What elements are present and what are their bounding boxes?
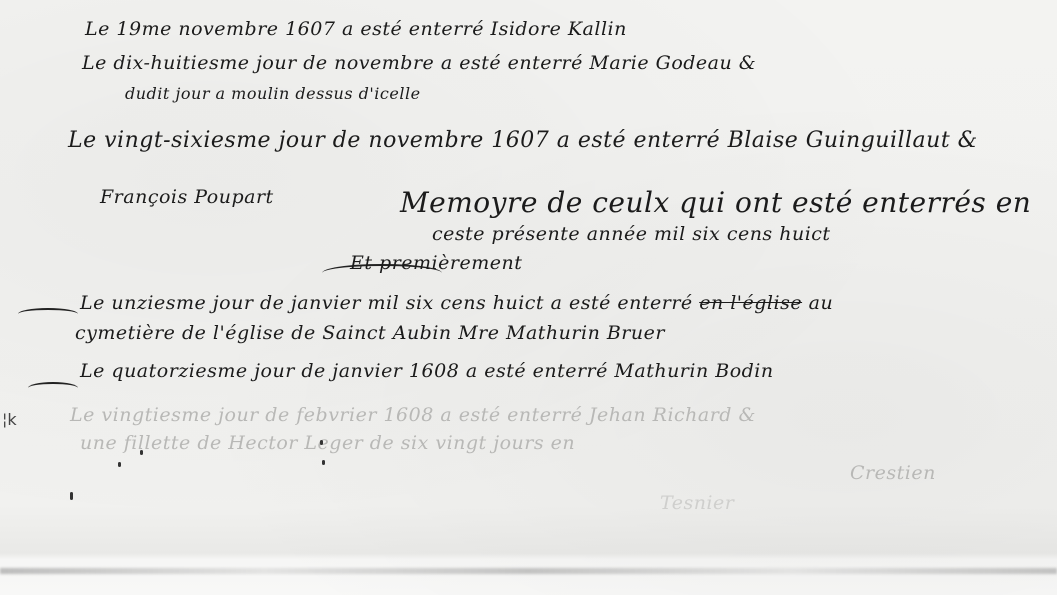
ink-speck: [322, 460, 325, 465]
memoir-heading-line2: ceste présente année mil six cens huict: [432, 223, 831, 245]
faded-signature-2: Tesnier: [660, 492, 734, 514]
entry-1607-nov18-cont: dudit jour a moulin dessus d'icelle: [125, 84, 421, 103]
page-bottom-edge: [0, 568, 1057, 574]
ink-speck: [320, 440, 323, 445]
entry-1608-jan11: Le unziesme jour de janvier mil six cens…: [80, 292, 833, 314]
ink-speck: [118, 462, 121, 467]
entry-1607-nov19: Le 19me novembre 1607 a esté enterré Isi…: [85, 18, 627, 40]
margin-mark: ¦k: [2, 410, 17, 429]
faded-signature-1: Crestien: [850, 462, 936, 484]
faded-entry-2: une fillette de Hector Leger de six ving…: [80, 432, 575, 454]
struck-text: en l'église: [699, 292, 802, 314]
faded-entry-1: Le vingtiesme jour de febvrier 1608 a es…: [70, 404, 756, 426]
entry-tail: au: [809, 292, 834, 314]
entry-1608-jan11-cont: cymetière de l'église de Sainct Aubin Mr…: [75, 322, 665, 344]
entry-flourish-2: [28, 382, 78, 394]
entry-1607-nov26-cont: François Poupart: [100, 186, 274, 208]
entry-1607-nov18: Le dix-huitiesme jour de novembre a esté…: [82, 52, 756, 74]
entry-1608-jan11-text: Le unziesme jour de janvier mil six cens…: [80, 292, 693, 314]
entry-flourish: [18, 308, 78, 320]
entry-1607-nov26: Le vingt-sixiesme jour de novembre 1607 …: [68, 128, 978, 153]
register-page: Le 19me novembre 1607 a esté enterré Isi…: [0, 0, 1057, 595]
ink-speck: [70, 492, 73, 500]
ink-speck: [140, 450, 143, 455]
memoir-heading-line3: Et premièrement: [350, 252, 522, 274]
memoir-heading-line1: Memoyre de ceulx qui ont esté enterrés e…: [400, 186, 1031, 219]
entry-1608-jan14: Le quatorziesme jour de janvier 1608 a e…: [80, 360, 774, 382]
